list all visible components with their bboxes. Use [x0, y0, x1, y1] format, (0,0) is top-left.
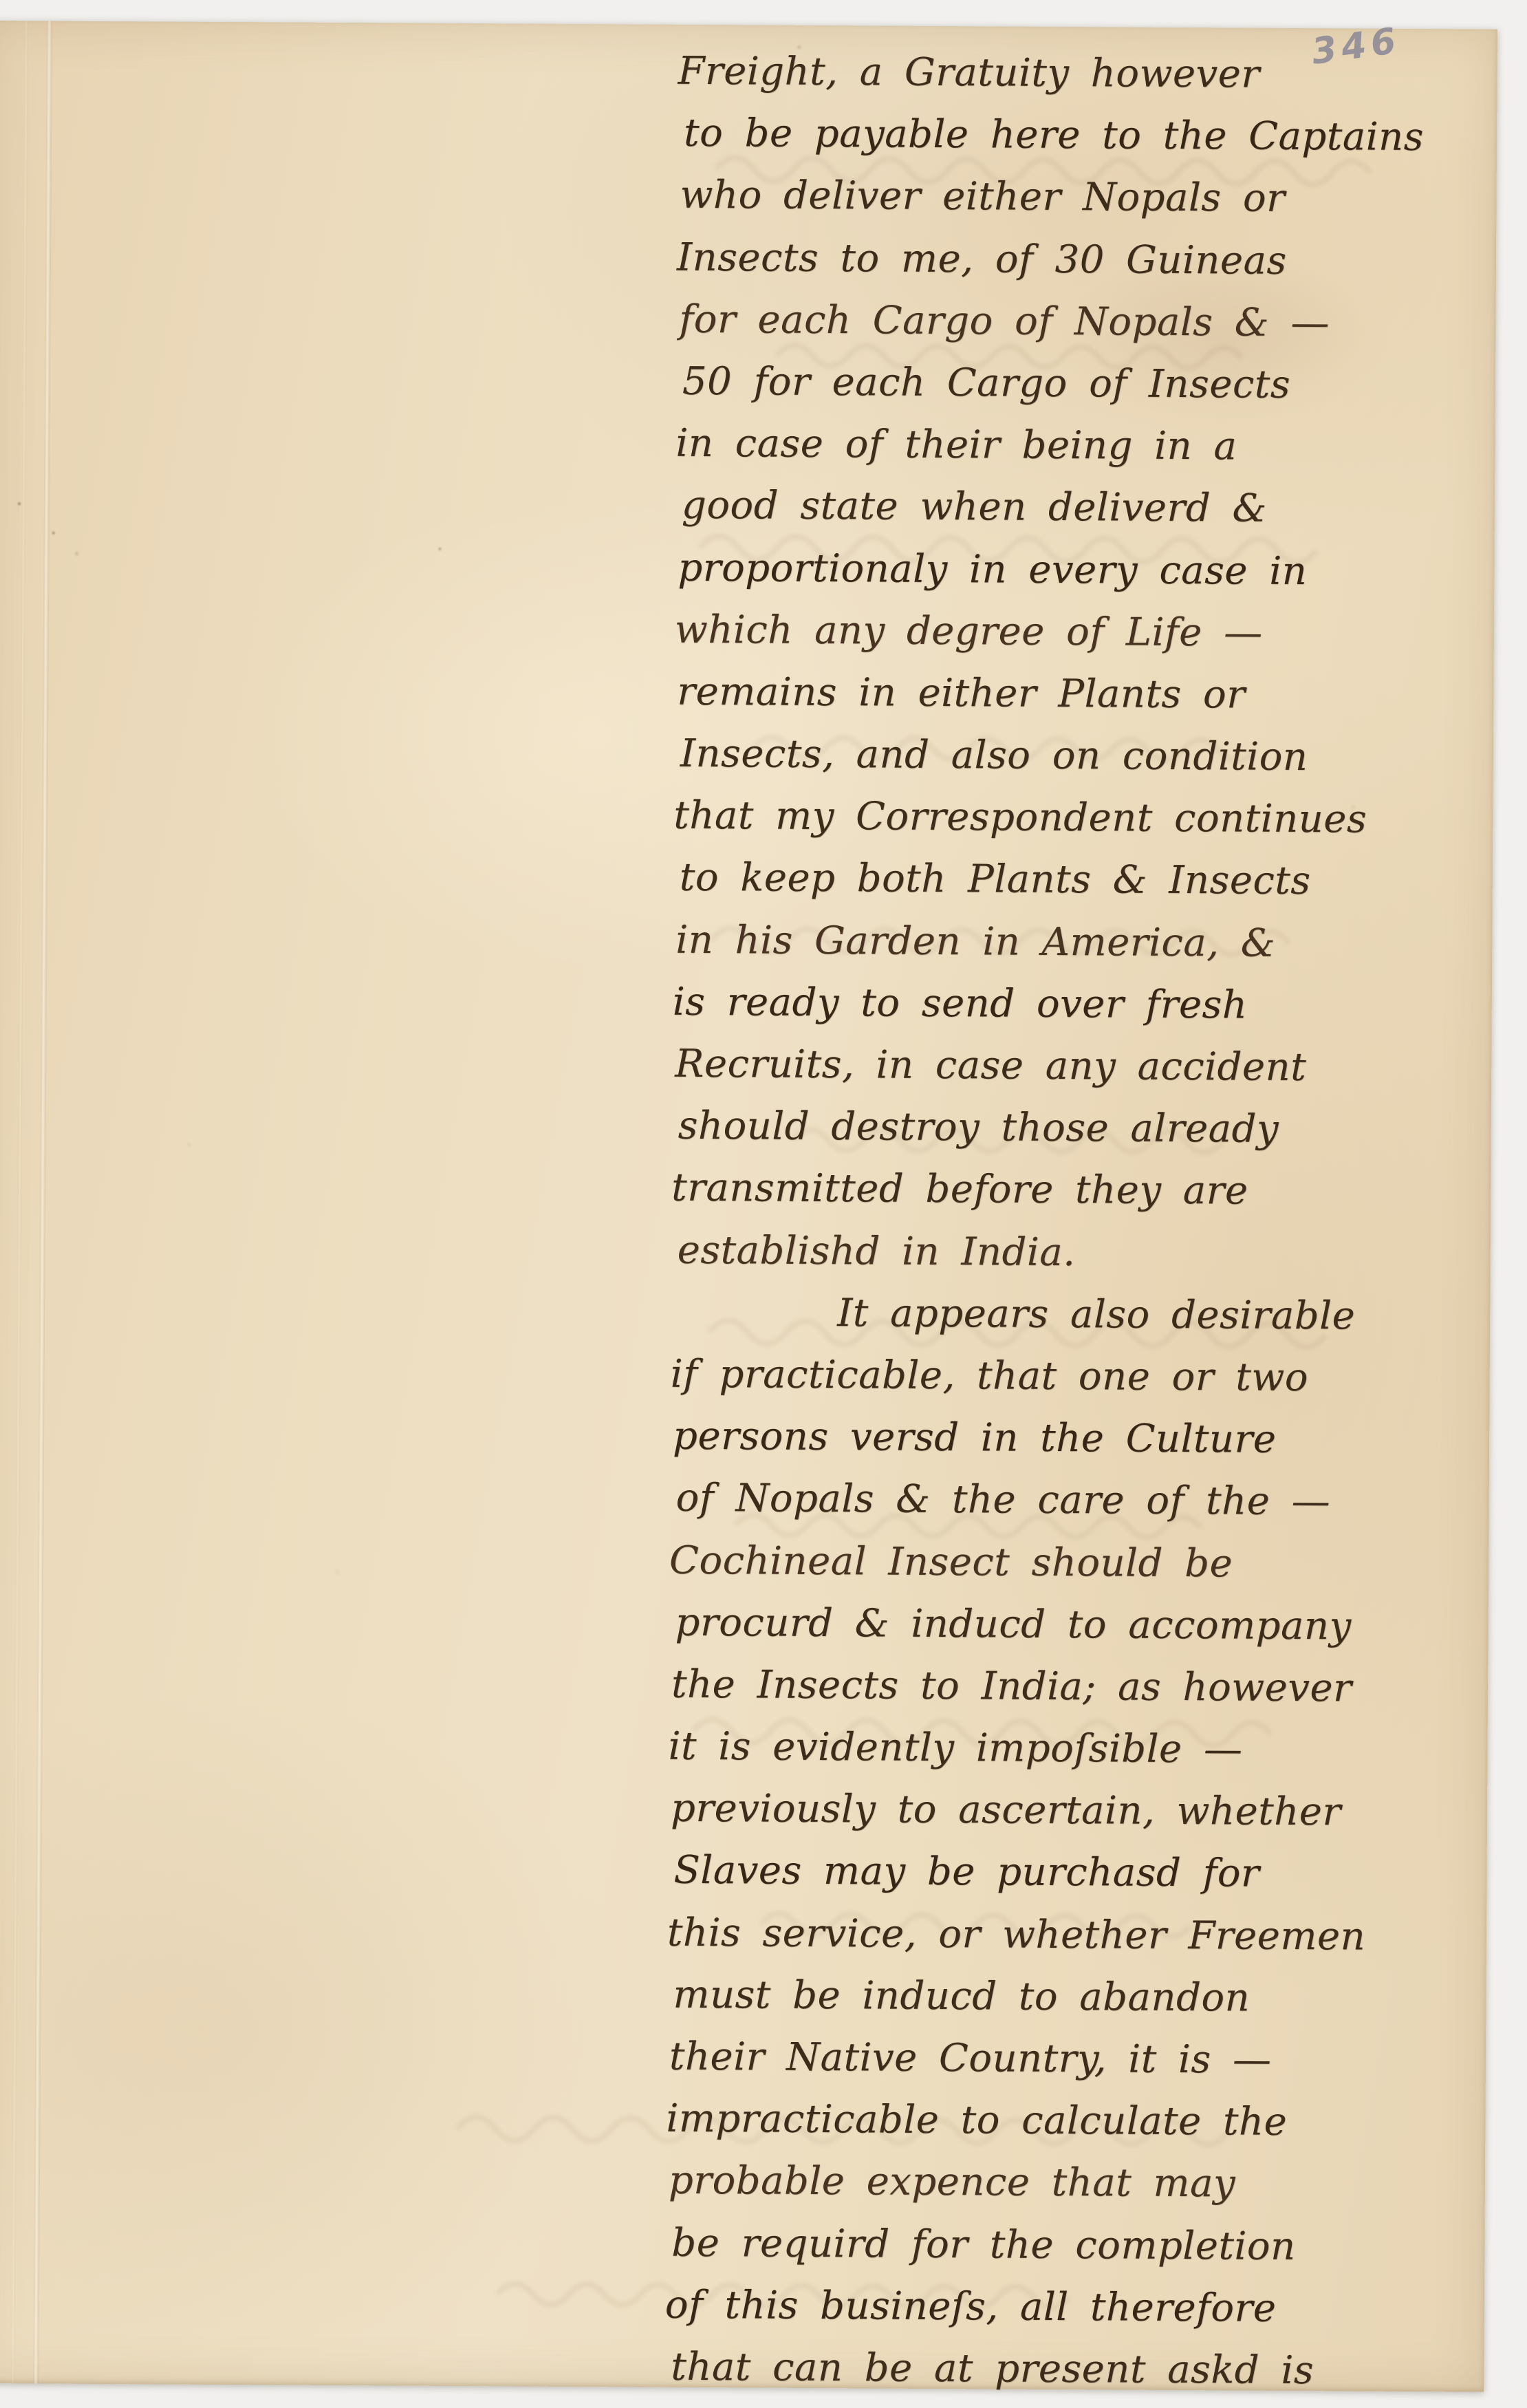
manuscript-line: of Nopals & the care of the —: [675, 1470, 1487, 1536]
manuscript-line: of this busineſs, all therefore: [665, 2276, 1483, 2343]
manuscript-line: the Insects to India; as however: [671, 1656, 1486, 1723]
manuscript-line: Slaves may be purchasd for: [673, 1842, 1486, 1909]
manuscript-line: Cochineal Insect should be: [669, 1531, 1487, 1598]
manuscript-page: 346 Freight, a Gratuity howeverto be pay…: [0, 21, 1497, 2392]
manuscript-line: probable expence that may: [669, 2152, 1484, 2219]
manuscript-line: is ready to send over fresh: [673, 974, 1491, 1040]
manuscript-line: Recruits, in case any accident: [675, 1035, 1490, 1102]
manuscript-line: transmitted before they are: [671, 1159, 1489, 1226]
manuscript-line: should destroy those already: [678, 1097, 1489, 1164]
manuscript-line: Insects, and also on condition: [680, 725, 1493, 792]
manuscript-line: to be payable here to the Captains: [684, 105, 1495, 171]
manuscript-line: if practicable, that one or two: [670, 1346, 1488, 1412]
manuscript-line: that my Correspondent continues: [673, 787, 1491, 854]
manuscript-line: Insects to me, of 30 Guineas: [677, 228, 1495, 295]
manuscript-line: procurd & inducd to accompany: [675, 1593, 1486, 1660]
manuscript-line: in his Garden in America, &: [675, 911, 1491, 978]
manuscript-line: 50 for each Cargo of Insects: [682, 353, 1495, 420]
manuscript-line: must be inducd to abandon: [673, 1966, 1484, 2033]
manuscript-line: establishd in India.: [677, 1221, 1489, 1288]
manuscript-line: this service, or whether Freemen: [667, 1904, 1485, 1970]
manuscript-line: to keep both Plants & Insects: [680, 849, 1492, 916]
manuscript-line: remains in either Plants or: [677, 663, 1492, 730]
manuscript-line: persons versd in the Culture: [673, 1408, 1488, 1474]
manuscript-text: Freight, a Gratuity howeverto be payable…: [667, 43, 1496, 2405]
manuscript-line: it is evidently impoſsible —: [668, 1718, 1486, 1785]
manuscript-line: proportionaly in every case in: [678, 539, 1493, 605]
manuscript-line: It appears also desirable: [673, 1284, 1488, 1351]
manuscript-line: impracticable to calculate the: [666, 2090, 1484, 2157]
manuscript-line: that can be at present askd is: [671, 2339, 1482, 2405]
manuscript-line: in case of their being in a: [675, 415, 1493, 482]
manuscript-line: be requird for the completion: [671, 2214, 1484, 2281]
manuscript-line: which any degree of Life —: [675, 601, 1493, 667]
scan-background: { "page": { "page_number": "346" }, "doc…: [0, 0, 1527, 2408]
manuscript-line: good state when deliverd &: [682, 477, 1493, 544]
manuscript-line: Freight, a Gratuity however: [678, 43, 1495, 109]
manuscript-line: for each Cargo of Nopals & —: [679, 291, 1494, 358]
manuscript-line: their Native Country, it is —: [669, 2028, 1484, 2095]
manuscript-line: previously to ascertain, whether: [671, 1780, 1486, 1847]
manuscript-line: who deliver either Nopals or: [680, 166, 1495, 233]
